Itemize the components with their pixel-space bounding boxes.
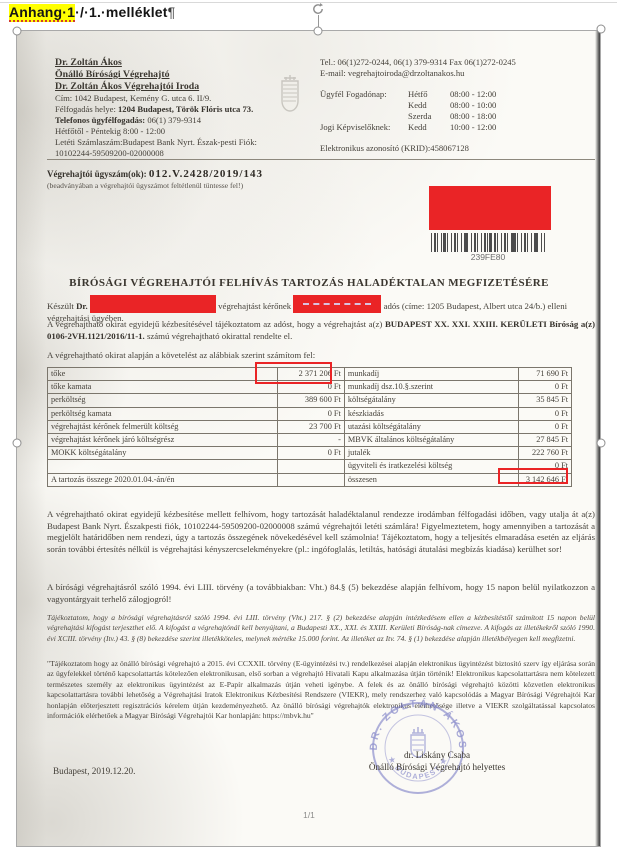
table-cell: 71 690 Ft [519,368,571,381]
table-row: perköltség389 600 Ftköltségátalány35 845… [48,394,571,407]
table-cell: MOKK költségátalány [48,447,278,460]
deposit-account-line2: 10102244-59509200-02000008 [55,148,315,159]
bailiff-office: Dr. Zoltán Ákos Végrehajtói Iroda [55,81,315,93]
table-cell: 0 Ft [519,381,571,394]
table-cell: perköltség [48,394,278,407]
barcode-text: 239FE80 [431,252,545,262]
phone-line: Telefonos ügyfélfogadás: 06(1) 379-9314 [55,115,315,126]
table-cell: - [278,434,345,447]
selection-handle-middle-right[interactable] [597,439,606,448]
selection-handle-middle-left[interactable] [13,439,22,448]
table-cell: perköltség kamata [48,408,278,421]
claims-intro: A végrehajtható okirat alapján a követel… [47,350,595,362]
case-number: 012.V.2428/2019/143 [149,168,263,180]
selection-handle-top-right[interactable] [597,25,606,34]
bailiff-name: Dr. Zoltán Ákos [55,57,315,69]
letterhead-divider [47,159,595,160]
table-cell [278,474,345,487]
table-cell [278,460,345,473]
case-number-line: Végrehajtói ügyszám(ok): 012.V.2428/2019… [47,168,263,180]
scanned-document-image[interactable]: Dr. Zoltán Ákos Önálló Bírósági Végrehaj… [17,31,601,847]
claims-table: tőke2 371 206 Ftmunkadíj71 690 Fttőke ka… [47,367,572,487]
table-cell: ügyviteli és iratkezelési költség [345,460,519,473]
payment-demand-paragraph: A végrehajtható okirat egyidejű kézbesít… [47,509,595,555]
table-cell: 0 Ft [519,421,571,434]
objection-info-paragraph: Tájékoztatom, hogy a bírósági végrehajtá… [47,613,595,644]
letterhead-right: Tel.: 06(1)272-0244, 06(1) 379-9314 Fax … [320,57,592,154]
redaction-box-address [429,186,551,230]
window-top-divider [0,2,617,3]
table-cell: munkadíj dsz.10.§.szerint [345,381,519,394]
table-row: MOKK költségátalány0 Ftjutalék222 760 Ft [48,447,571,460]
caption-rest-text: ·/·1.·melléklet [75,4,167,20]
legal-reps-row: Jogi Képviselőknek: Kedd 10:00 - 12:00 [320,122,592,133]
case-number-note: (beadványában a végrehajtói ügyszámot fe… [47,181,243,190]
coat-of-arms-icon [279,73,301,120]
table-cell: 222 760 Ft [519,447,571,460]
reception-place: Félfogadás helye: 1204 Budapest, Török F… [55,104,315,115]
table-row: végrehajtást kérőnek járó költségrész-MB… [48,434,571,447]
table-cell: 35 845 Ft [519,394,571,407]
letterhead-left: Dr. Zoltán Ákos Önálló Bírósági Végrehaj… [55,57,315,159]
table-cell: 0 Ft [278,447,345,460]
highlight-box-principal [255,362,332,384]
table-row: ügyviteli és iratkezelési költség0 Ft [48,460,571,473]
table-cell: 0 Ft [278,408,345,421]
table-row: végrehajtást kérőnek felmerült költség23… [48,421,571,434]
phone-hours: Hétfőtől - Péntekig 8:00 - 12:00 [55,126,315,137]
signer-title: Önálló Bírósági Végrehajtó helyettes [322,762,552,772]
email-line: E-mail: vegrehajtoiroda@drzoltanakos.hu [320,68,592,79]
rotate-handle-icon[interactable] [311,2,325,16]
reception-row: Ügyfél Fogadónap: Hétfő 08:00 - 12:00 [320,89,592,100]
table-cell: tőke [48,368,278,381]
table-cell: 389 600 Ft [278,394,345,407]
redaction-box-debtor [293,295,381,313]
table-cell: MBVK általános költségátalány [345,434,519,447]
deposit-account-line1: Letéti Számlaszám:Budapest Bank Nyrt. És… [55,137,315,148]
official-stamp: DR. ZOLTÁN ÁKOS ★ BUDAPEST ★ [365,695,471,801]
reception-row: Szerda 08:00 - 18:00 [320,111,592,122]
table-cell: munkadíj [345,368,519,381]
selection-handle-top-center[interactable] [314,27,323,36]
table-cell: 27 845 Ft [519,434,571,447]
svg-text:DR. ZOLTÁN ÁKOS: DR. ZOLTÁN ÁKOS [368,697,468,751]
telephone-line: Tel.: 06(1)272-0244, 06(1) 379-9314 Fax … [320,57,592,68]
table-cell: költségátalány [345,394,519,407]
table-cell: végrehajtást kérőnek felmerült költség [48,421,278,434]
table-cell [48,460,278,473]
image-caption-line[interactable]: Anhang·1·/·1.·melléklet¶ [9,4,175,20]
date-line: Budapest, 2019.12.20. [53,766,135,776]
document-title: BÍRÓSÁGI VÉGREHAJTÓI FELHÍVÁS TARTOZÁS H… [17,277,601,289]
krid-line: Elektronikus azonosító (KRID):458067128 [320,143,592,154]
highlight-box-total [498,468,568,484]
table-cell: 23 700 Ft [278,421,345,434]
table-cell: tőke kamata [48,381,278,394]
caption-highlighted-text: Anhang·1 [9,4,75,22]
table-cell: A tartozás összege 2020.01.04.-án/én [48,474,278,487]
table-cell: készkiadás [345,408,519,421]
table-row: A tartozás összege 2020.01.04.-án/énössz… [48,474,571,487]
signer-name: dr. Liskány Csaba [347,750,527,760]
pilcrow-mark: ¶ [168,4,176,20]
office-address: Cím: 1042 Budapest, Kemény G. utca 6. II… [55,93,315,104]
page-number: 1/1 [17,810,601,820]
table-cell: utazási költségátalány [345,421,519,434]
lien-declaration-paragraph: A bírósági végrehajtásról szóló 1994. év… [47,582,595,605]
order-paragraph: A végrehajtható okirat egyidejű kézbesít… [47,319,595,342]
table-cell: végrehajtást kérőnek járó költségrész [48,434,278,447]
redaction-box-creditor [90,295,216,313]
reception-row: Kedd 08:00 - 10:00 [320,100,592,111]
bailiff-title: Önálló Bírósági Végrehajtó [55,69,315,81]
table-cell: összesen [345,474,519,487]
e-admin-info-paragraph: "Tájékoztatom hogy az önálló bírósági vé… [47,659,595,721]
table-row: perköltség kamata0 Ftkészkiadás0 Ft [48,408,571,421]
barcode [431,233,545,252]
table-cell: jutalék [345,447,519,460]
selection-handle-top-left[interactable] [13,27,22,36]
table-cell: 0 Ft [519,408,571,421]
